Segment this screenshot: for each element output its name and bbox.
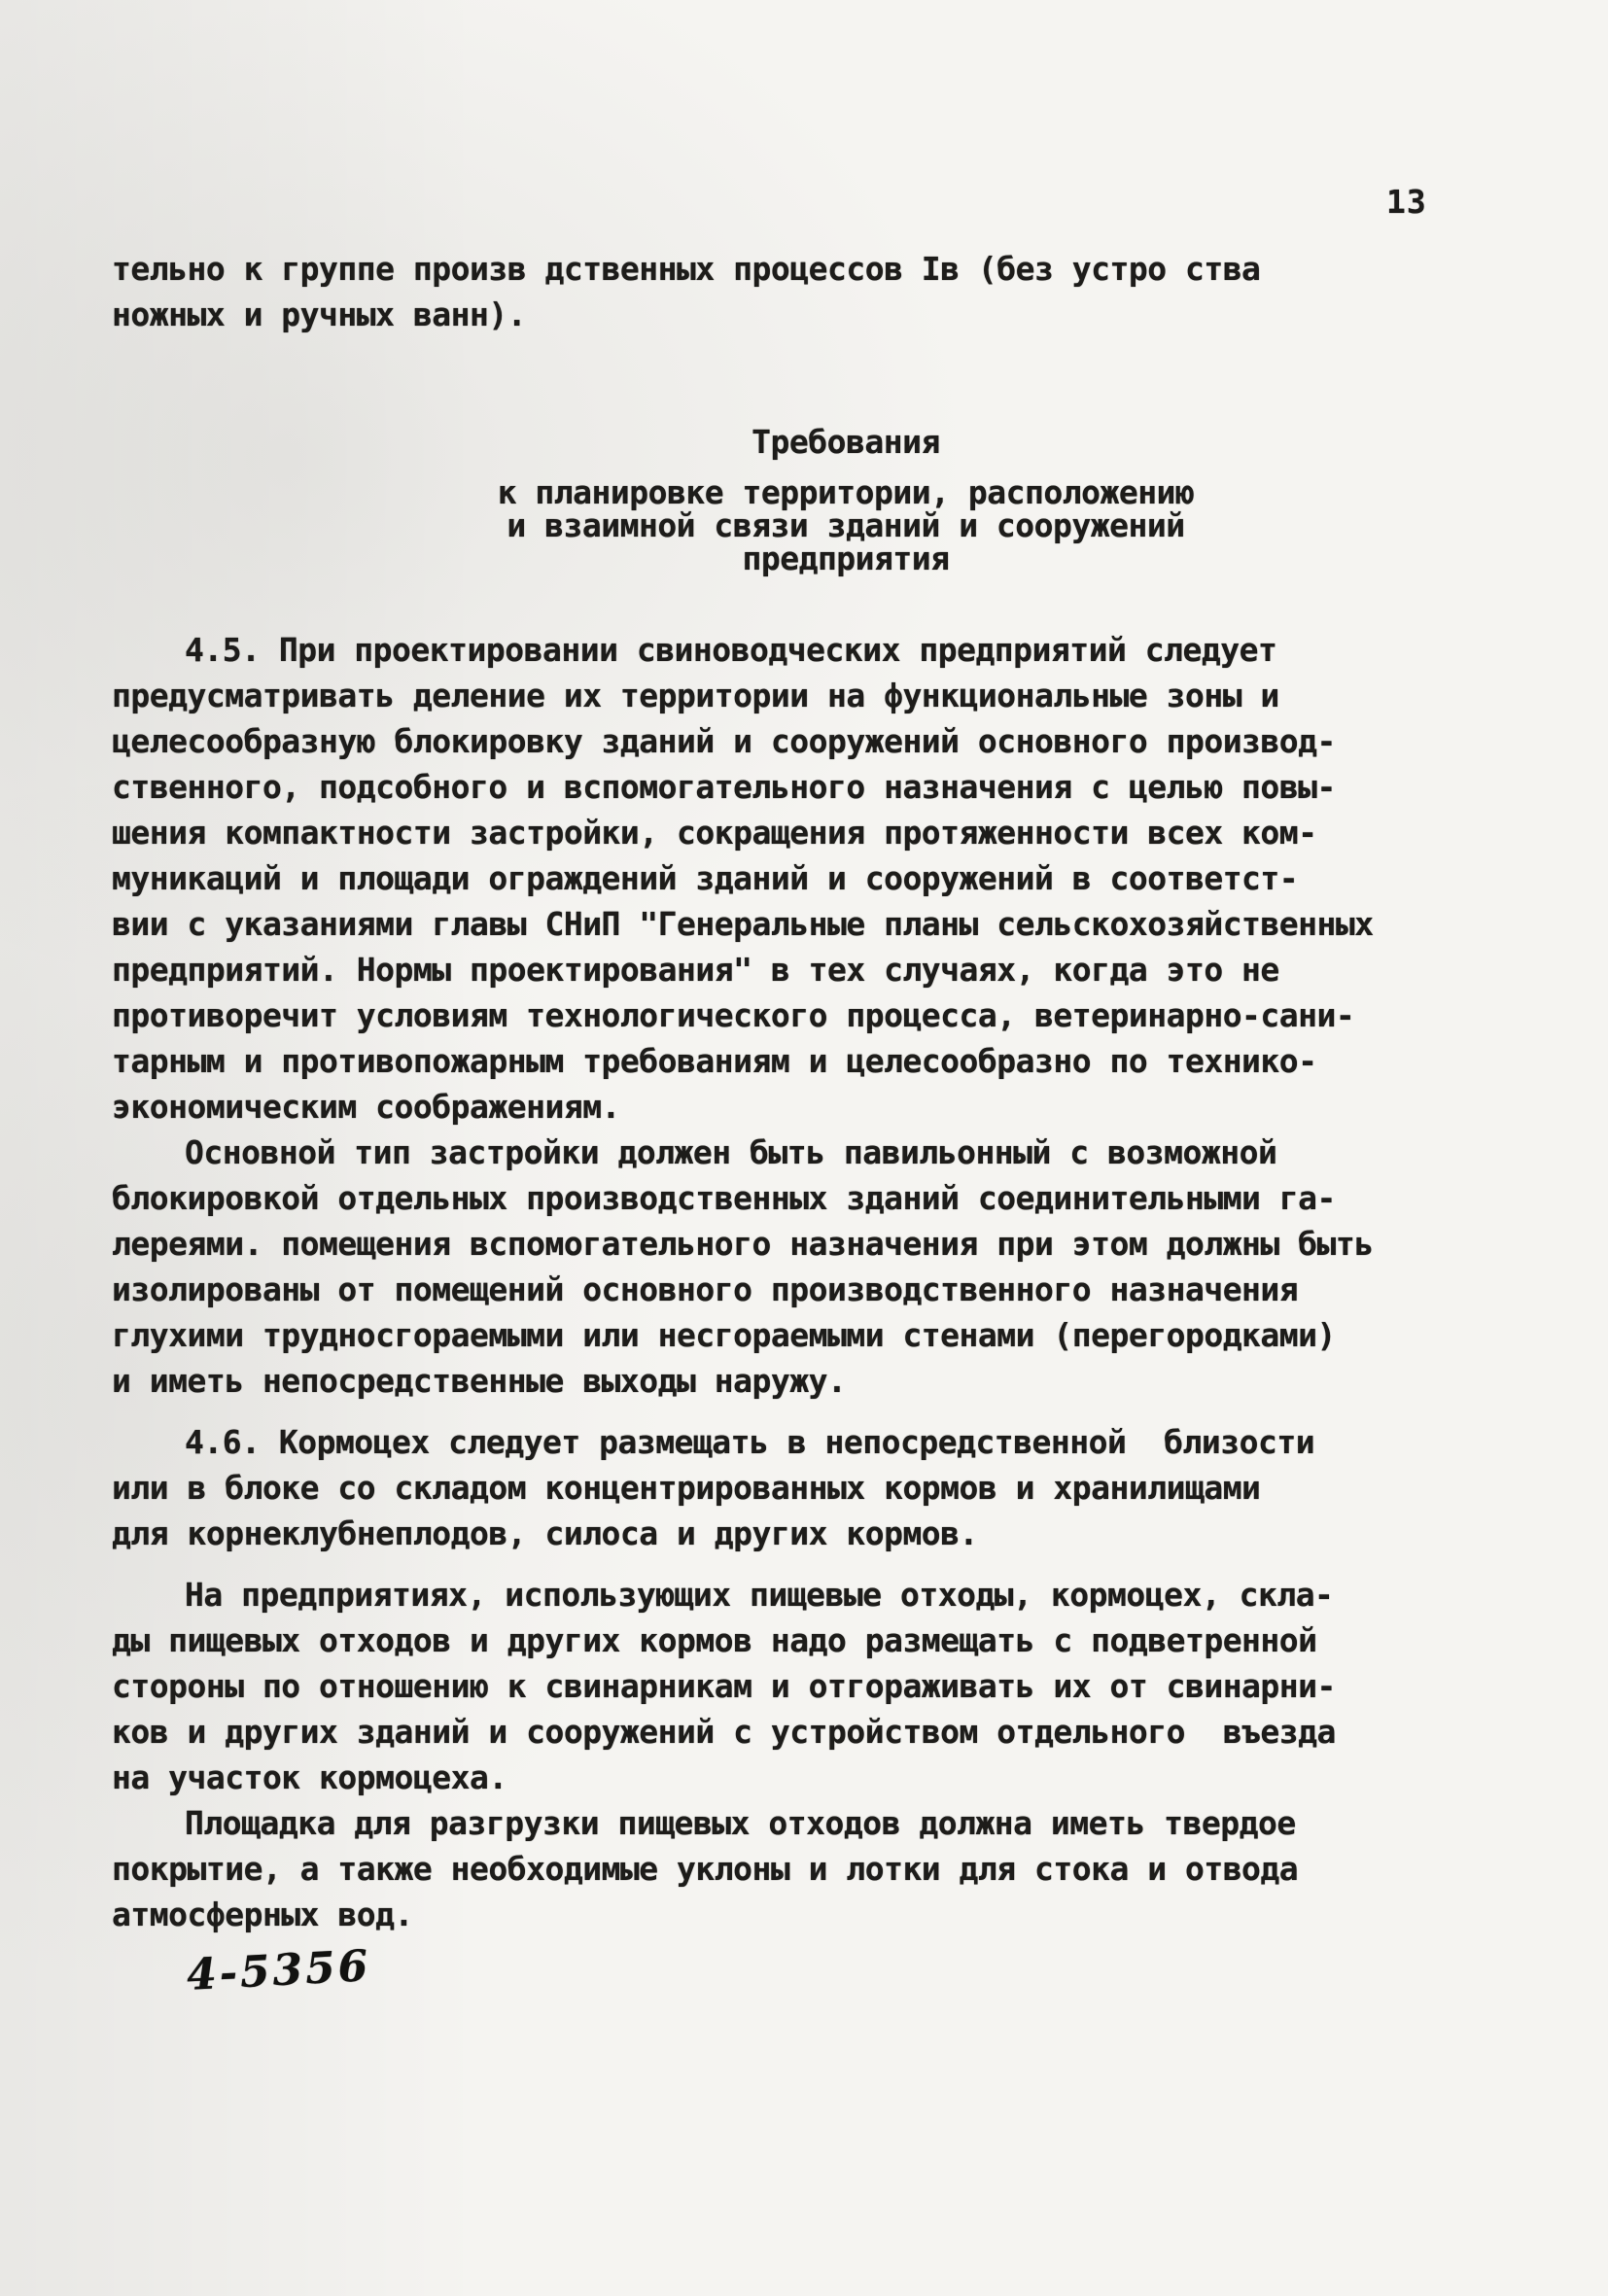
text-line: для корнеклубнеплодов, силоса и других к… [112, 1511, 1434, 1556]
text-line: ножных и ручных ванн). [112, 292, 1434, 337]
text-line: Требования [258, 426, 1434, 459]
text-line: ды пищевых отходов и других кормов надо … [112, 1618, 1434, 1663]
text-line: ков и других зданий и сооружений с устро… [112, 1709, 1434, 1755]
text-line: 4.5. При проектировании свиноводческих п… [112, 627, 1434, 673]
handwritten-print-mark: 4-5356 [186, 1941, 372, 2000]
block-intro: тельно к группе произв дственных процесс… [112, 246, 1434, 337]
text-line: предприятий. Нормы проектирования" в тех… [112, 947, 1434, 992]
text-line: тарным и противопожарным требованиям и ц… [112, 1038, 1434, 1084]
text-line: к планировке территории, расположению [258, 476, 1434, 509]
block-heading: Требованияк планировке территории, распо… [112, 426, 1434, 575]
text-line: стороны по отношению к свинарникам и отг… [112, 1663, 1434, 1709]
text-line: муникаций и площади ограждений зданий и … [112, 855, 1434, 901]
text-line: или в блоке со складом концентрированных… [112, 1465, 1434, 1511]
text-line: Основной тип застройки должен быть павил… [112, 1130, 1434, 1175]
text-line: блокировкой отдельных производственных з… [112, 1175, 1434, 1221]
text-line: вии с указаниями главы СНиП "Генеральные… [112, 901, 1434, 947]
block-para-platform: Площадка для разгрузки пищевых отходов д… [112, 1800, 1434, 1937]
text-line: лереями. помещения вспомогательного назн… [112, 1221, 1434, 1267]
block-para-pavilion: Основной тип застройки должен быть павил… [112, 1130, 1434, 1404]
block-para-4-5: 4.5. При проектировании свиноводческих п… [112, 627, 1434, 1130]
text-line: изолированы от помещений основного произ… [112, 1267, 1434, 1312]
text-line: целесообразную блокировку зданий и соору… [112, 718, 1434, 764]
text-line: На предприятиях, использующих пищевые от… [112, 1572, 1434, 1618]
text-line: на участок кормоцеха. [112, 1755, 1434, 1800]
text-line: ственного, подсобного и вспомогательного… [112, 764, 1434, 810]
text-line: 4.6. Кормоцех следует размещать в непоср… [112, 1419, 1434, 1465]
text-line: предприятия [258, 542, 1434, 575]
text-line: шения компактности застройки, сокращения… [112, 810, 1434, 855]
text-line: тельно к группе произв дственных процесс… [112, 246, 1434, 292]
text-line: глухими трудносгораемыми или несгораемым… [112, 1312, 1434, 1358]
block-para-4-6: 4.6. Кормоцех следует размещать в непоср… [112, 1419, 1434, 1556]
block-para-food: На предприятиях, использующих пищевые от… [112, 1572, 1434, 1800]
text-line: экономическим соображениям. [112, 1084, 1434, 1130]
text-line: противоречит условиям технологического п… [112, 992, 1434, 1038]
scanned-document-page: 13 тельно к группе произв дственных проц… [0, 0, 1608, 2296]
text-line: и иметь непосредственные выходы наружу. [112, 1358, 1434, 1404]
text-line: и взаимной связи зданий и сооружений [258, 509, 1434, 542]
text-line: предусматривать деление их территории на… [112, 673, 1434, 718]
text-column: тельно к группе произв дственных процесс… [112, 246, 1434, 1937]
text-line: атмосферных вод. [112, 1892, 1434, 1937]
text-line: покрытие, а также необходимые уклоны и л… [112, 1846, 1434, 1892]
page-number: 13 [1386, 183, 1427, 221]
text-line: Площадка для разгрузки пищевых отходов д… [112, 1800, 1434, 1846]
